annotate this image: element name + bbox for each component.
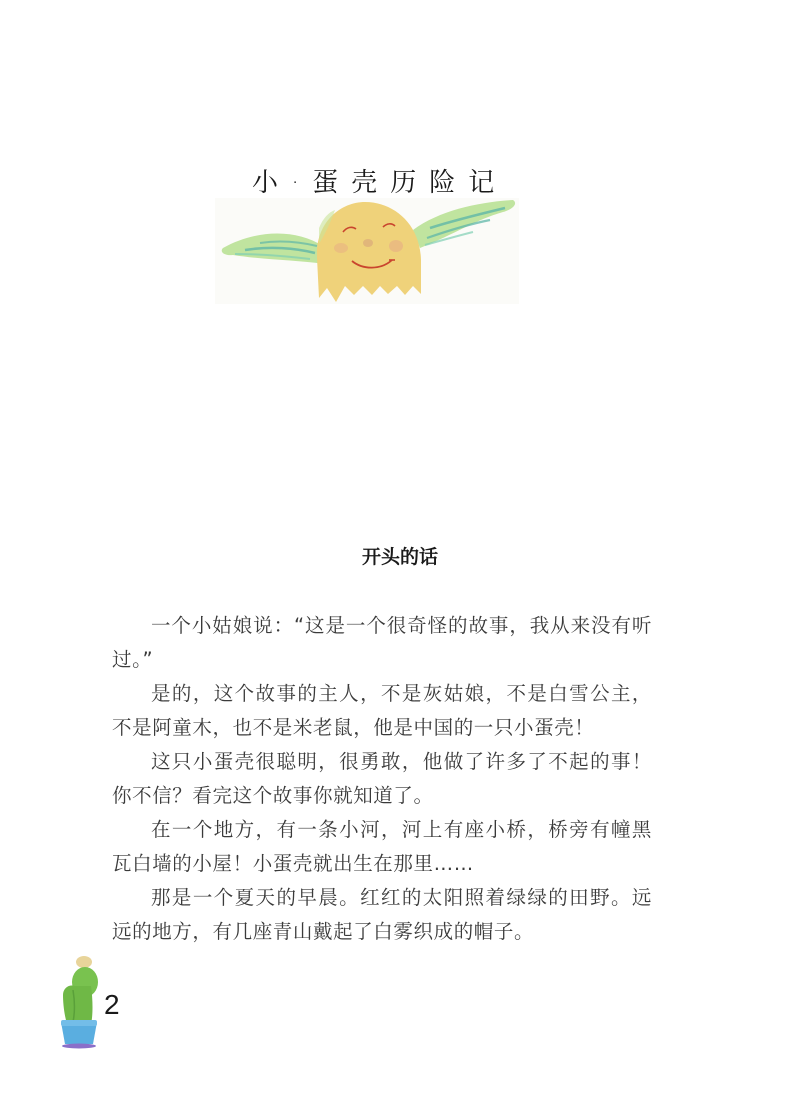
winged-eggshell-icon xyxy=(215,198,519,304)
paragraph: 是的，这个故事的主人，不是灰姑娘，不是白雪公主，不是阿童木，也不是米老鼠，他是中… xyxy=(112,677,652,745)
page-number: 2 xyxy=(104,985,120,1025)
section-heading: 开头的话 xyxy=(0,543,800,571)
potted-cactus-icon xyxy=(55,950,105,1050)
title-illustration xyxy=(215,198,519,304)
body-text: 一个小姑娘说：“这是一个很奇怪的故事，我从来没有听过。” 是的，这个故事的主人，… xyxy=(112,609,652,949)
paragraph: 在一个地方，有一条小河，河上有座小桥，桥旁有幢黑瓦白墙的小屋！小蛋壳就出生在那里… xyxy=(112,813,652,881)
paragraph: 这只小蛋壳很聪明，很勇敢，他做了许多了不起的事！你不信？看完这个故事你就知道了。 xyxy=(112,745,652,813)
paragraph: 一个小姑娘说：“这是一个很奇怪的故事，我从来没有听过。” xyxy=(112,609,652,677)
paragraph: 那是一个夏天的早晨。红红的太阳照着绿绿的田野。远远的地方，有几座青山戴起了白雾织… xyxy=(112,881,652,949)
book-title: 小·蛋壳历险记 xyxy=(252,166,492,200)
footer-plant xyxy=(55,950,105,1050)
